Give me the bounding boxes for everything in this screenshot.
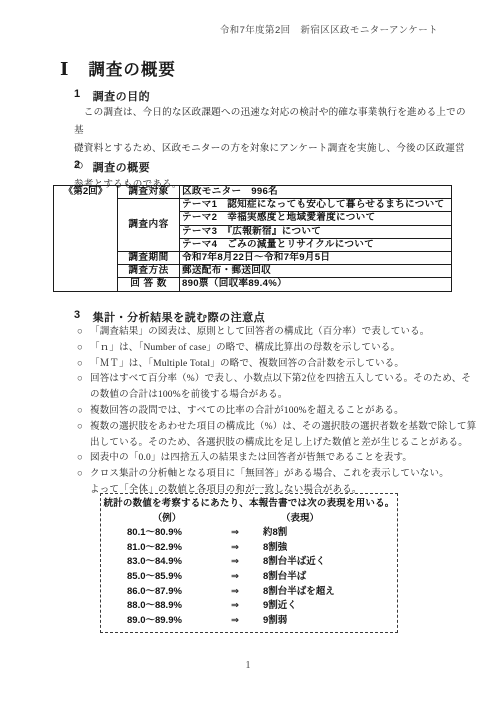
example-header: （例） (127, 512, 207, 527)
section-heading-text: 調査の概要 (93, 159, 151, 175)
document-page: 令和7年度第2回 新宿区区政モニターアンケート Ⅰ 調査の概要 1 調査の目的 … (0, 0, 496, 702)
expression-row: 85.0～85.9% ⇒ 8割台半ば (101, 570, 397, 585)
section-heading-text: 集計・分析結果を読む際の注意点 (93, 309, 266, 325)
row-value: 郵送配布・郵送回収 (180, 265, 452, 278)
list-item: ○ 「調査結果」の図表は、原則として回答者の構成比（百分率）で表している。 (77, 325, 479, 341)
chapter-title-text: 調査の概要 (88, 56, 176, 80)
table-row: 《第2回》 調査対象 区政モニター 996名 (54, 186, 452, 199)
expression-value: 9割弱 (263, 614, 397, 629)
range-value: 81.0～82.9% (127, 541, 207, 556)
theme-row: テーマ3 『広報新宿』について (180, 225, 452, 238)
expression-value: 8割台半ばを超え (263, 585, 397, 600)
theme-row: テーマ2 幸福実感度と地域愛着度について (180, 212, 452, 225)
circle-bullet-icon: ○ (77, 325, 90, 341)
purpose-paragraph: この調査は、今日的な区政課題への迅速な対応の検討や的確な事業執行を進める上での基… (74, 104, 472, 194)
circle-bullet-icon: ○ (77, 451, 90, 467)
circle-bullet-icon: ○ (77, 420, 90, 452)
expression-row: 89.0～89.9% ⇒ 9割弱 (101, 614, 397, 629)
section-heading-overview: 2 調査の概要 (74, 159, 150, 175)
list-item: ○ 「ｎ」は、「Number of case」の略で、構成比算出の母数を示してい… (77, 341, 479, 357)
note-text: 「ｎ」は、「Number of case」の略で、構成比算出の母数を示している。 (90, 341, 400, 357)
row-value: 890票（回収率89.4%） (180, 278, 452, 291)
circle-bullet-icon: ○ (77, 467, 90, 499)
note-text: 図表中の「0.0」は四捨五入の結果または回答者が皆無であることを表す。 (90, 451, 412, 467)
expression-value: 約8割 (263, 526, 397, 541)
circle-bullet-icon: ○ (77, 372, 90, 404)
row-label: 回 答 数 (118, 278, 180, 291)
range-value: 85.0～85.9% (127, 570, 207, 585)
note-text: 「調査結果」の図表は、原則として回答者の構成比（百分率）で表している。 (90, 325, 430, 341)
arrow-icon: ⇒ (207, 526, 263, 541)
list-item: ○ 複数の選択肢をあわせた項目の構成比（%）は、その選択肢の選択者数を基数で除し… (77, 420, 479, 452)
arrow-icon: ⇒ (207, 585, 263, 600)
note-text: 「ＭＴ」は、「Multiple Total」の略で、複数回答の合計数を示している… (90, 357, 404, 373)
expression-row: 81.0～82.9% ⇒ 8割強 (101, 541, 397, 556)
note-text: 回答はすべて百分率（%）で表し、小数点以下第2位を四捨五入している。そのため、そ… (90, 372, 471, 404)
note-text: 複数回答の設問では、すべての比率の合計が100%を超えることがある。 (90, 404, 404, 420)
range-value: 86.0～87.9% (127, 585, 207, 600)
theme-row: テーマ4 ごみの減量とリサイクルについて (180, 238, 452, 251)
expression-row: 86.0～87.9% ⇒ 8割台半ばを超え (101, 585, 397, 600)
notes-list: ○ 「調査結果」の図表は、原則として回答者の構成比（百分率）で表している。 ○ … (77, 325, 479, 499)
arrow-icon: ⇒ (207, 599, 263, 614)
row-label: 調査期間 (118, 251, 180, 264)
range-value: 89.0～89.9% (127, 614, 207, 629)
expression-row: 88.0～88.9% ⇒ 9割近く (101, 599, 397, 614)
list-item: ○ 回答はすべて百分率（%）で表し、小数点以下第2位を四捨五入している。そのため… (77, 372, 479, 404)
expression-row: 83.0～84.9% ⇒ 8割台半ば近く (101, 555, 397, 570)
expression-value: 9割近く (263, 599, 397, 614)
expression-box-title: 統計の数値を考察するにあたり、本報告書では次の表現を用いる。 (101, 497, 397, 512)
expression-row: 80.1～80.9% ⇒ 約8割 (101, 526, 397, 541)
note-text: 複数の選択肢をあわせた項目の構成比（%）は、その選択肢の選択者数を基数で除して算… (90, 420, 476, 452)
list-item: ○ 図表中の「0.0」は四捨五入の結果または回答者が皆無であることを表す。 (77, 451, 479, 467)
session-cell: 《第2回》 (54, 186, 118, 292)
expression-value: 8割強 (263, 541, 397, 556)
list-item: ○ 複数回答の設問では、すべての比率の合計が100%を超えることがある。 (77, 404, 479, 420)
running-header: 令和7年度第2回 新宿区区政モニターアンケート (220, 22, 438, 36)
expression-header: （表現） (263, 512, 397, 527)
arrow-icon: ⇒ (207, 541, 263, 556)
row-label: 調査内容 (118, 199, 180, 252)
range-value: 88.0～88.9% (127, 599, 207, 614)
expression-box-header: （例） （表現） (101, 512, 397, 527)
chapter-numeral: Ⅰ (60, 59, 68, 80)
arrow-icon: ⇒ (207, 570, 263, 585)
theme-row: テーマ1 認知症になっても安心して暮らせるまちについて (180, 199, 452, 212)
section-heading-text: 調査の目的 (93, 88, 151, 104)
arrow-icon: ⇒ (207, 555, 263, 570)
row-label: 調査対象 (118, 186, 180, 199)
row-label: 調査方法 (118, 265, 180, 278)
circle-bullet-icon: ○ (77, 341, 90, 357)
page-number: 1 (0, 660, 496, 671)
row-value: 区政モニター 996名 (180, 186, 452, 199)
section-number: 2 (74, 159, 81, 175)
circle-bullet-icon: ○ (77, 404, 90, 420)
survey-overview-table: 《第2回》 調査対象 区政モニター 996名 調査内容 テーマ1 認知症になって… (53, 185, 452, 292)
section-heading-notes: 3 集計・分析結果を読む際の注意点 (74, 309, 265, 325)
range-value: 83.0～84.9% (127, 555, 207, 570)
expression-value: 8割台半ば近く (263, 555, 397, 570)
expression-value: 8割台半ば (263, 570, 397, 585)
section-heading-purpose: 1 調査の目的 (74, 88, 150, 104)
arrow-icon: ⇒ (207, 614, 263, 629)
expression-guide-box: 統計の数値を考察するにあたり、本報告書では次の表現を用いる。 （例） （表現） … (100, 493, 398, 633)
section-number: 1 (74, 88, 81, 104)
circle-bullet-icon: ○ (77, 357, 90, 373)
row-value: 令和7年8月22日～令和7年9月5日 (180, 251, 452, 264)
chapter-title: Ⅰ 調査の概要 (60, 56, 176, 80)
section-number: 3 (74, 309, 81, 325)
list-item: ○ 「ＭＴ」は、「Multiple Total」の略で、複数回答の合計数を示して… (77, 357, 479, 373)
range-value: 80.1～80.9% (127, 526, 207, 541)
